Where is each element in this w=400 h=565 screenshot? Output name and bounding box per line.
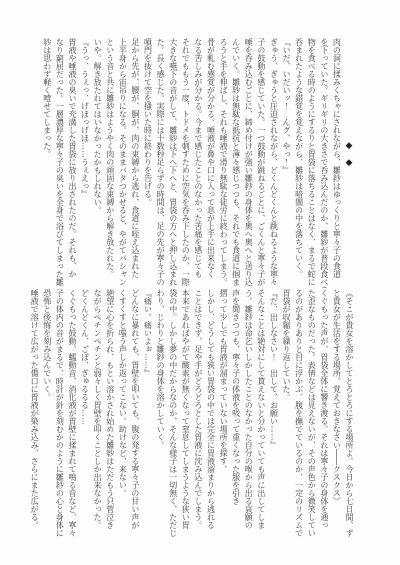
vertical-text-column: 足から先が、腰が、胴が、肉の束縛から逃れ、食道に咥え込まれた <box>128 38 141 288</box>
vertical-text-column: 呑まれたような錯覚を覚えながら、雛紗は暗闇の中を落ちていく。 <box>292 38 305 288</box>
vertical-text-column: と貴女が生活をする場所。覚えておきなさい――クスクス》 <box>330 289 343 537</box>
vertical-text-column: それでももう一度、トドメを刺すために空気を呑み下したのか、一際 <box>179 38 192 288</box>
vertical-text-column: ながらペチンペチンと弱々しく胃壁を叩くことしか出来なかった。 <box>91 289 104 537</box>
vertical-text-column: くぐもった声が、胃袋全体に響き渡る。それは寧々子の身体を通っ <box>317 289 330 537</box>
vertical-text-column: 絶望に心を折られ、もとい溶かされ始めた雛紗はただもう只管泣き <box>103 289 116 537</box>
vertical-text-column: なり窮屈だった。一層濃厚な寧々子の臭いを全身で浴びてしまった雛 <box>53 38 66 288</box>
vertical-text-column: 肉の洞に揉みくちゃにされながら、雛紗はゆっくりと寧々子の食道 <box>330 38 343 288</box>
vertical-text-column: くすくすと嗤う声しか返ってこない。助けなど、来ない。 <box>116 289 129 537</box>
vertical-text-column: を下っていた。ギリギリの大きさで呑み込んだのか、雛紗が普段食べる <box>317 38 330 288</box>
vertical-text-column: 恐怖と後悔を刻み込んでいく。 <box>40 289 53 537</box>
vertical-text-column: 声を聞きつつも、寧々子の体液を吸って重くなった服を引き <box>229 289 242 537</box>
vertical-text-column: た歪なものだった。表情などは見えないが、その声色から微笑してい <box>305 289 318 537</box>
vertical-text-column: そんなことは絶対にして貰えないと分かっていても声に出してしま <box>254 289 267 537</box>
diamond-section-marker-icon: ◆◆ <box>342 38 355 175</box>
vertical-text-column: 《そこが貴女を溶かしてとろとろにする場所よ。今日から七日間、ずっ <box>342 289 355 537</box>
vertical-text-column: どくんどくん、ごぽ、ぎゅるるる…… <box>78 289 91 537</box>
section-break-column: ◆◆ <box>342 38 355 288</box>
vertical-text-column: なる苦しみが分かる。今まで感じたことのなかった苦痛を感じても <box>191 38 204 288</box>
vertical-text-column: どんなに暴れても、胃壁を叩いても、腹の発する寧々子の甘い声が <box>128 289 141 537</box>
vertical-text-column: 子の鼓動を感じていた。一つ鼓動が跳ねるごとに、ごくんと寧々子が <box>254 38 267 288</box>
vertical-text-column: う。雛紗は命乞いしかしたことのなかった自分の喉から出る哀願の <box>242 289 255 537</box>
vertical-text-column: 紗は思わず軽く噎せてしまった。 <box>40 38 53 288</box>
vertical-text-column: 『いだ、いだいッ！ んグ、やっ！』 <box>279 38 292 288</box>
vertical-text-column: ぎゅう、ぎゅうと圧迫されながら、どくんどくんと跳ねるような寧々 <box>267 38 280 288</box>
vertical-text-column: しかし、どうしても狭い胃袋の中では完全に胃液溜まりから逃れる <box>204 289 217 537</box>
vertical-text-column: 大きな嚥下の音がして、雛紗は下へ下へと、胃袋の方へと押し込まれ <box>166 38 179 288</box>
vertical-text-column: 胃液や唾液の臭いで充満した胃袋に放り出されたのだ。それも、か <box>65 38 78 288</box>
novel-scan-page: ◆◆ 肉の洞に揉みくちゃにされながら、雛紗はゆっくりと寧々子の食道を下っていた。… <box>0 0 400 565</box>
vertical-text-column: ことはできず、足や手がどろどろとした胃液に沈み込んでしまう。 <box>191 289 204 537</box>
vertical-text-column: 『だ、出しなさい！ 出して、お願い……』 <box>267 289 280 537</box>
vertical-text-column: という音と共に雛紗はようやく肉の頑固な束縛から解き放たれた。 <box>103 38 116 288</box>
vertical-text-column: 唾液で溶けて広がった傷口に胃液が染み込み、さらにまた広がる。 <box>28 289 41 537</box>
vertical-text-column: 唾を呑み込むごとに、締め付けが強い雛紗の身体を奥へ奥へと送り込 <box>242 38 255 288</box>
vertical-text-column: ろうと手を伸ばし、それも唾液で滑り無駄な徒労に終わってしまう。 <box>216 38 229 288</box>
vertical-text-column: 摺って少しでも胃液が溜まっていない場所を探す。 <box>216 289 229 537</box>
vertical-text-column: 噴門を抜けて空を掻いた時に終わりを告げる。 <box>141 38 154 288</box>
vertical-text-column: 『うっ、うぇっ、げほっげほ……うぇえっ』 <box>78 38 91 288</box>
vertical-text-column: た。長く感じた。実際には十数秒足らずの時間は、足の先が寧々子の <box>154 38 167 288</box>
lower-text-band: 《そこが貴女を溶かしてとろとろにする場所よ。今日から七日間、ずっと貴女が生活をす… <box>17 289 355 537</box>
vertical-text-column: るのがありありと目に浮かぶ。腹を撫でているのか、一定のリズムで <box>292 289 305 537</box>
upper-text-band: ◆◆ 肉の洞に揉みくちゃにされながら、雛紗はゆっくりと寧々子の食道を下っていた。… <box>25 38 355 288</box>
vertical-text-column: いや。解き放たれてはいなかったかもしれない。 <box>91 38 104 288</box>
vertical-text-column: 子の体内の音がまるで、時計が針を刻むかのように雛紗の心と身体に <box>53 289 66 537</box>
vertical-text-column: わり、じわりと雛紗の身体を溶かしていく。 <box>154 289 167 537</box>
vertical-text-column: 本来であればやがて酸素が無くなって窒息してしまうような狭い胃 <box>179 289 192 537</box>
vertical-text-column: んでいく。雛紗は無駄な抵抗と薄々感じつつも、それでも食道に掴ま <box>229 38 242 288</box>
vertical-text-column: 上半身から宙吊りになる。そのままバタつかせると、やがてパシャン <box>116 38 129 288</box>
vertical-text-column: 骨が軋む感覚が分かる。唾液が鼻や口に入って息が上手に出来なく <box>204 38 217 288</box>
vertical-text-column: 物を食べる時のようにするりと胃袋に落ちることはなく、まるで蛇に <box>305 38 318 288</box>
vertical-text-column: 袋の中。しかし夢の中だからなのか、そんな様子は一切無く、ただじ <box>166 289 179 537</box>
vertical-text-column: くぐもった鼓動、蠕動音、消化液が胃壁に揉まれて鳴る音など、寧々 <box>65 289 78 537</box>
vertical-text-column: 胃袋が収縮を繰り返していた。 <box>279 289 292 537</box>
vertical-text-column: 『痛い。痛いよぉ……』 <box>141 289 154 537</box>
